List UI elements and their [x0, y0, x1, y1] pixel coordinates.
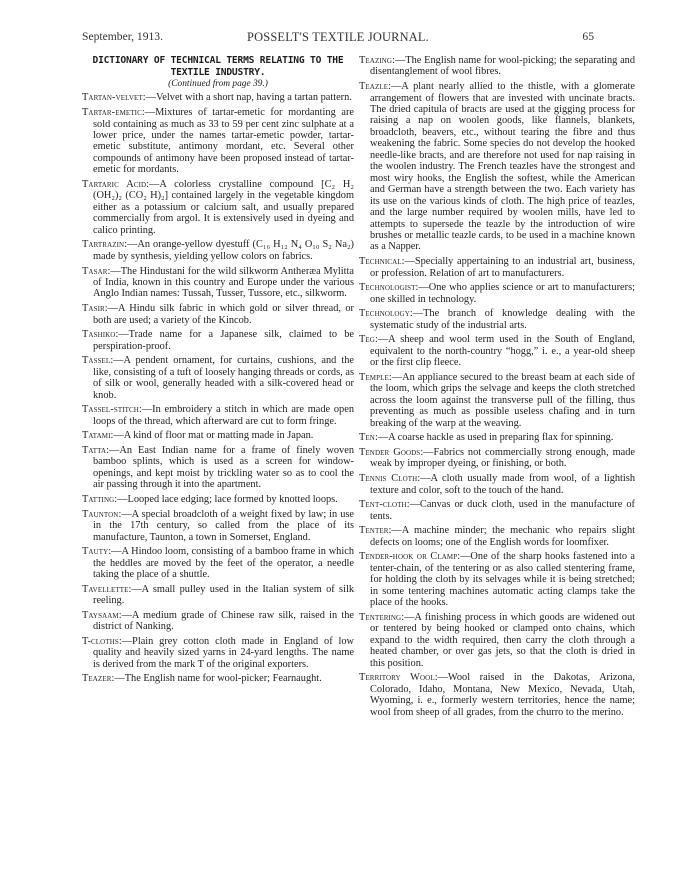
entry-definition: :—The English name for wool-picking; the… [370, 55, 635, 77]
dictionary-entry: Taysaam:—A medium grade of Chinese raw s… [82, 610, 354, 633]
entry-term: Tatting [82, 494, 114, 505]
entry-definition: :—A pendent ornament, for curtains, cush… [93, 355, 354, 400]
dictionary-entry: Tatting:—Looped lace edging; lace formed… [82, 494, 354, 505]
article-heading: DICTIONARY OF TECHNICAL TERMS RELATING T… [82, 55, 354, 78]
entry-definition: :—Looped lace edging; lace formed by kno… [114, 494, 337, 505]
entry-definition: :—A Hindu silk fabric in which gold or s… [93, 303, 354, 325]
dictionary-entry: Tent-cloth:—Canvas or duck cloth, used i… [359, 499, 635, 522]
entry-definition: :—The Hindustani for the wild silkworm A… [93, 266, 354, 300]
entry-definition: :—A machine minder; the mechanic who rep… [370, 525, 635, 547]
entry-term: Territory Wool [359, 672, 435, 683]
entry-definition: :—An East Indian name for a frame of fin… [93, 445, 354, 490]
entry-definition: :—Velvet with a short nap, having a tart… [143, 92, 352, 103]
entry-term: Teazle [359, 81, 388, 92]
entry-term: Tassel-stitch [82, 404, 139, 415]
entry-term: Tartan-velvet [82, 92, 143, 103]
entry-term: Technology [359, 308, 410, 319]
entry-term: Tashiko [82, 329, 115, 340]
entry-definition: :—A Hindoo loom, consisting of a bamboo … [93, 546, 354, 580]
dictionary-entry: Ten:—A coarse hackle as used in preparin… [359, 432, 635, 443]
dictionary-entry: Tatami:—A kind of floor mat or matting m… [82, 430, 354, 441]
entry-term: T-cloths [82, 636, 119, 647]
left-entries: Tartan-velvet:—Velvet with a short nap, … [82, 92, 354, 684]
entry-term: Tasir [82, 303, 105, 314]
dictionary-entry: Territory Wool:—Wool raised in the Dakot… [359, 672, 635, 718]
entry-term: Temple [359, 372, 389, 383]
right-entries: Teazing:—The English name for wool-picki… [359, 55, 635, 718]
entry-term: Tenter [359, 525, 388, 536]
entry-definition: :—An appliance secured to the breast bea… [370, 372, 635, 429]
dictionary-entry: Technical:—Specially appertaining to an … [359, 256, 635, 279]
entry-term: Technical [359, 256, 402, 267]
entry-term: Tentering [359, 612, 401, 623]
dictionary-entry: Tassel:—A pendent ornament, for curtains… [82, 355, 354, 401]
entry-term: Ten [359, 432, 375, 443]
dictionary-entry: Taunton:—A special broadcloth of a weigh… [82, 509, 354, 543]
entry-term: Teazer [82, 673, 111, 684]
dictionary-entry: Teg:—A sheep and wool term used in the S… [359, 334, 635, 368]
dictionary-entry: Tartaric Acid:—A colorless crystalline c… [82, 179, 354, 236]
entry-definition: :—A small pulley used in the Italian sys… [93, 584, 354, 606]
entry-term: Tennis Cloth [359, 473, 417, 484]
entry-term: Tender Goods [359, 447, 420, 458]
dictionary-entry: Tennis Cloth:—A cloth usually made from … [359, 473, 635, 496]
entry-term: Teg [359, 334, 375, 345]
entry-term: Tartrazin [82, 239, 124, 250]
entry-term: Taysaam [82, 610, 119, 621]
entry-definition: :—The branch of knowledge dealing with t… [370, 308, 635, 330]
continued-note: (Continued from page 39.) [82, 79, 354, 90]
dictionary-entry: T-cloths:—Plain grey cotton cloth made i… [82, 636, 354, 670]
entry-term: Tauty [82, 546, 108, 557]
dictionary-entry: Tender-hook or Clamp:—One of the sharp h… [359, 551, 635, 608]
entry-definition: :—The English name for wool-picker; Fear… [111, 673, 321, 684]
dictionary-entry: Tartar-emetic:—Mixtures of tartar-emetic… [82, 107, 354, 176]
entry-definition: :—Specially appertaining to an industria… [370, 256, 635, 278]
dictionary-entry: Tauty:—A Hindoo loom, consisting of a ba… [82, 546, 354, 580]
left-column: DICTIONARY OF TECHNICAL TERMS RELATING T… [82, 55, 354, 688]
entry-term: Tavellette [82, 584, 128, 595]
dictionary-entry: Technologist:—One who applies science or… [359, 282, 635, 305]
entry-term: Tartar-emetic [82, 107, 142, 118]
dictionary-entry: Tartan-velvet:—Velvet with a short nap, … [82, 92, 354, 103]
dictionary-entry: Tatta:—An East Indian name for a frame o… [82, 445, 354, 491]
entry-definition: :—A special broadcloth of a weight fixed… [93, 509, 354, 543]
entry-definition: :—An orange-yellow dyestuff (C₁₆ H₁₂ N₄ … [93, 239, 354, 261]
dictionary-entry: Tassel-stitch:—In embroidery a stitch in… [82, 404, 354, 427]
page-number: 65 [582, 30, 594, 43]
entry-definition: :—A plant nearly allied to the thistle, … [370, 81, 635, 252]
dictionary-entry: Tentering:—A finishing process in which … [359, 612, 635, 669]
entry-term: Teazing [359, 55, 392, 66]
entry-definition: :—A sheep and wool term used in the Sout… [370, 334, 635, 368]
entry-definition: :—Canvas or duck cloth, used in the manu… [370, 499, 635, 521]
dictionary-entry: Tartrazin:—An orange-yellow dyestuff (C₁… [82, 239, 354, 262]
entry-term: Technologist [359, 282, 416, 293]
entry-definition: :—A medium grade of Chinese raw silk, ra… [93, 610, 354, 632]
dictionary-entry: Teazle:—A plant nearly allied to the thi… [359, 81, 635, 253]
entry-term: Tent-cloth [359, 499, 407, 510]
entry-definition: :—A finishing process in which goods are… [370, 612, 635, 669]
entry-definition: :—A coarse hackle as used in preparing f… [375, 432, 613, 443]
entry-term: Tartaric Acid [82, 179, 146, 190]
entry-definition: :—A kind of floor mat or matting made in… [111, 430, 314, 441]
entry-definition: :—Trade name for a Japanese silk, claime… [93, 329, 354, 351]
entry-term: Tatami [82, 430, 111, 441]
entry-term: Tender-hook or Clamp [359, 551, 457, 562]
dictionary-entry: Teazing:—The English name for wool-picki… [359, 55, 635, 78]
entry-definition: :—Plain grey cotton cloth made in Englan… [93, 636, 354, 670]
dictionary-entry: Tenter:—A machine minder; the mechanic w… [359, 525, 635, 548]
entry-term: Taunton [82, 509, 118, 520]
entry-term: Tasar [82, 266, 108, 277]
entry-term: Tassel [82, 355, 110, 366]
entry-term: Tatta [82, 445, 106, 456]
right-column: Teazing:—The English name for wool-picki… [359, 55, 635, 721]
dictionary-entry: Technology:—The branch of knowledge deal… [359, 308, 635, 331]
dictionary-entry: Tender Goods:—Fabrics not commercially s… [359, 447, 635, 470]
dictionary-entry: Temple:—An appliance secured to the brea… [359, 372, 635, 429]
dictionary-entry: Teazer:—The English name for wool-picker… [82, 673, 354, 684]
dictionary-entry: Tavellette:—A small pulley used in the I… [82, 584, 354, 607]
journal-title: POSSELT'S TEXTILE JOURNAL. [82, 30, 594, 45]
dictionary-entry: Tasar:—The Hindustani for the wild silkw… [82, 266, 354, 300]
dictionary-entry: Tashiko:—Trade name for a Japanese silk,… [82, 329, 354, 352]
dictionary-entry: Tasir:—A Hindu silk fabric in which gold… [82, 303, 354, 326]
running-head: September, 1913. POSSELT'S TEXTILE JOURN… [82, 30, 594, 46]
